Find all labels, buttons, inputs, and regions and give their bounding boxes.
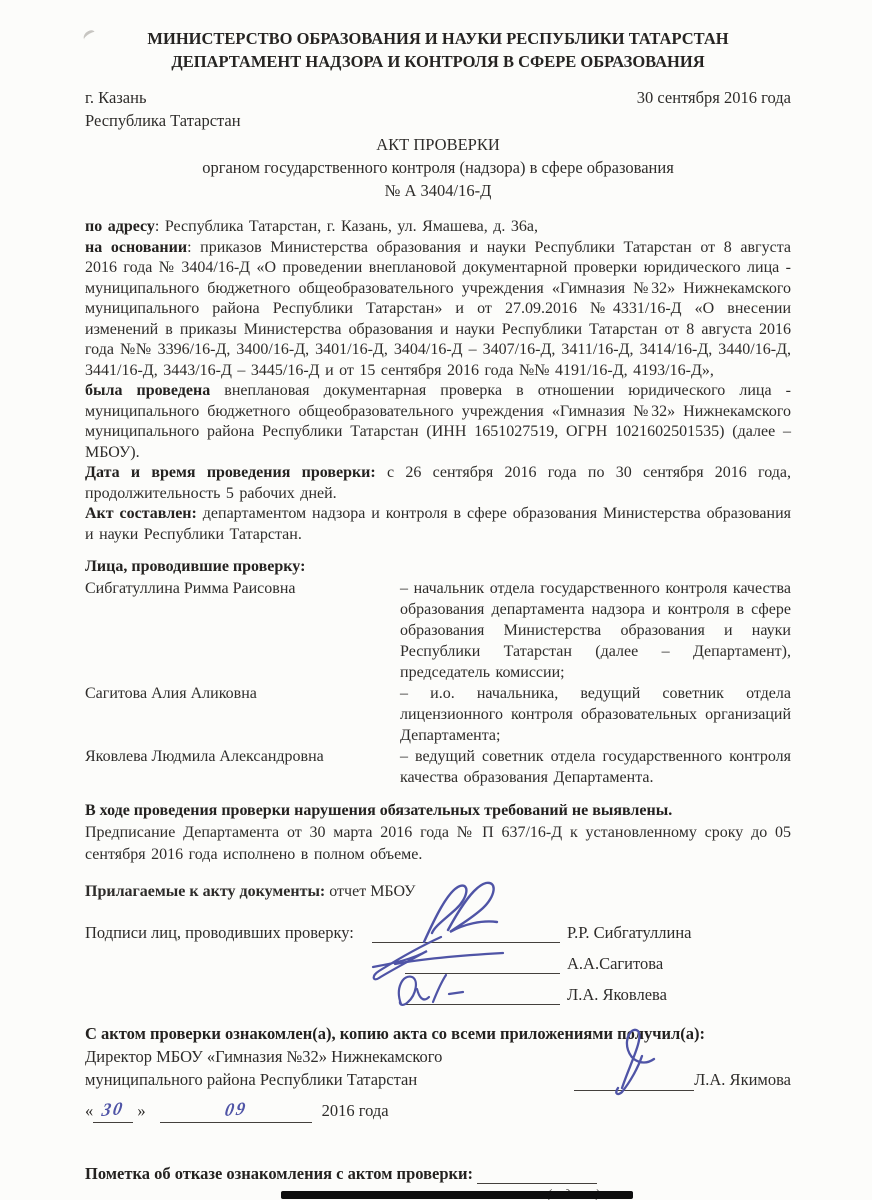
handwritten-month: 09 (223, 1097, 249, 1122)
signatures-label: Подписи лиц, проводивших проверку: (85, 923, 372, 943)
findings-details: Предписание Департамента от 30 марта 201… (85, 822, 791, 866)
scan-edge-artifact (281, 1191, 633, 1199)
inspector-name: Сибгатуллина Римма Раисовна (85, 578, 400, 683)
acknowledgment-heading: С актом проверки ознакомлен(а), копию ак… (85, 1023, 791, 1046)
paragraph-basis: на основании: приказов Министерства обра… (85, 238, 791, 382)
inspector-row: Яковлева Людмила Александровна – ведущий… (85, 746, 791, 788)
acknowledgment-date-row: «30 »092016 года (85, 1098, 791, 1123)
signature-name: Л.А. Яковлева (560, 985, 667, 1005)
department-name: ДЕПАРТАМЕНТ НАДЗОРА И КОНТРОЛЯ В СФЕРЕ О… (85, 50, 791, 73)
inspector-role: – и.о. начальника, ведущий советник отде… (400, 683, 791, 746)
paragraph-composed-lead: Акт составлен: (85, 505, 197, 522)
signature-name: Р.Р. Сибгатуллина (560, 923, 691, 943)
inspector-role: – ведущий советник отдела государственно… (400, 746, 791, 788)
paragraph-datetime: Дата и время проведения проверки: с 26 с… (85, 463, 791, 504)
inspector-row: Сагитова Алия Аликовна – и.о. начальника… (85, 683, 791, 746)
ministry-name: МИНИСТЕРСТВО ОБРАЗОВАНИЯ И НАУКИ РЕСПУБЛ… (85, 27, 791, 50)
inspector-name: Яковлева Людмила Александровна (85, 746, 400, 788)
paragraph-datetime-lead: Дата и время проведения проверки: (85, 464, 376, 481)
document-body: по адресу: Республика Татарстан, г. Каза… (85, 217, 791, 545)
inspectors-section: Лица, проводившие проверку: Сибгатуллина… (85, 556, 791, 788)
paragraph-address-text: : Республика Татарстан, г. Казань, ул. Я… (155, 218, 538, 235)
signature-line (574, 1068, 694, 1091)
inspector-name: Сагитова Алия Аликовна (85, 683, 400, 746)
signature-name: А.А.Сагитова (560, 954, 663, 974)
paragraph-conducted-lead: была проведена (85, 382, 210, 399)
close-quote: » (137, 1101, 145, 1120)
document-date: 30 сентября 2016 года (637, 86, 791, 109)
date-year-suffix: 2016 года (322, 1101, 389, 1120)
acknowledgment-line2: муниципального района Республики Татарст… (85, 1069, 417, 1092)
place-date-block: г. Казань Республика Татарстан 30 сентяб… (85, 86, 791, 132)
acknowledgment-signature-row: муниципального района Республики Татарст… (85, 1068, 791, 1091)
inspector-row: Сибгатуллина Римма Раисовна – начальник … (85, 578, 791, 683)
handwritten-day: 30 (100, 1097, 126, 1122)
document-subtitle: органом государственного контроля (надзо… (85, 156, 791, 179)
place-region: Республика Татарстан (85, 109, 791, 132)
signatures-block: Подписи лиц, проводивших проверку: Р.Р. … (85, 912, 791, 1005)
signature-line (405, 973, 560, 1005)
signature-yakovleva-icon (387, 964, 471, 1014)
acknowledgment-section: С актом проверки ознакомлен(а), копию ак… (85, 1023, 791, 1123)
scanned-document-page: МИНИСТЕРСТВО ОБРАЗОВАНИЯ И НАУКИ РЕСПУБЛ… (0, 0, 872, 1200)
document-header: МИНИСТЕРСТВО ОБРАЗОВАНИЯ И НАУКИ РЕСПУБЛ… (85, 27, 791, 73)
attachments-lead: Прилагаемые к акту документы: (85, 883, 325, 900)
refusal-lead: Пометка об отказе ознакомления с актом п… (85, 1164, 473, 1183)
inspector-role: – начальник отдела государственного конт… (400, 578, 791, 683)
document-title: АКТ ПРОВЕРКИ (85, 133, 791, 156)
refusal-signature-field (477, 1165, 597, 1184)
findings-result: В ходе проведения проверки нарушения обя… (85, 800, 791, 822)
date-month-field: 09 (160, 1098, 312, 1123)
paragraph-basis-lead: на основании (85, 239, 187, 256)
signature-row: Л.А. Яковлева (85, 974, 791, 1005)
paragraph-address-lead: по адресу (85, 218, 155, 235)
document-title-block: АКТ ПРОВЕРКИ органом государственного ко… (85, 133, 791, 202)
paragraph-basis-text: : приказов Министерства образования и на… (85, 239, 791, 379)
paragraph-conducted: была проведена внеплановая документарная… (85, 381, 791, 463)
acknowledgment-signer: Л.А. Якимова (694, 1069, 791, 1092)
inspectors-heading: Лица, проводившие проверку: (85, 556, 791, 578)
paragraph-address: по адресу: Республика Татарстан, г. Каза… (85, 217, 791, 238)
acknowledgment-line1: Директор МБОУ «Гимназия №32» Нижнекамско… (85, 1046, 791, 1069)
findings-section: В ходе проведения проверки нарушения обя… (85, 800, 791, 866)
date-day-field: 30 (93, 1098, 133, 1123)
open-quote: « (85, 1101, 93, 1120)
signature-yakimova-icon (600, 1026, 670, 1100)
paragraph-composed: Акт составлен: департаментом надзора и к… (85, 504, 791, 545)
document-number: № А 3404/16-Д (85, 179, 791, 202)
